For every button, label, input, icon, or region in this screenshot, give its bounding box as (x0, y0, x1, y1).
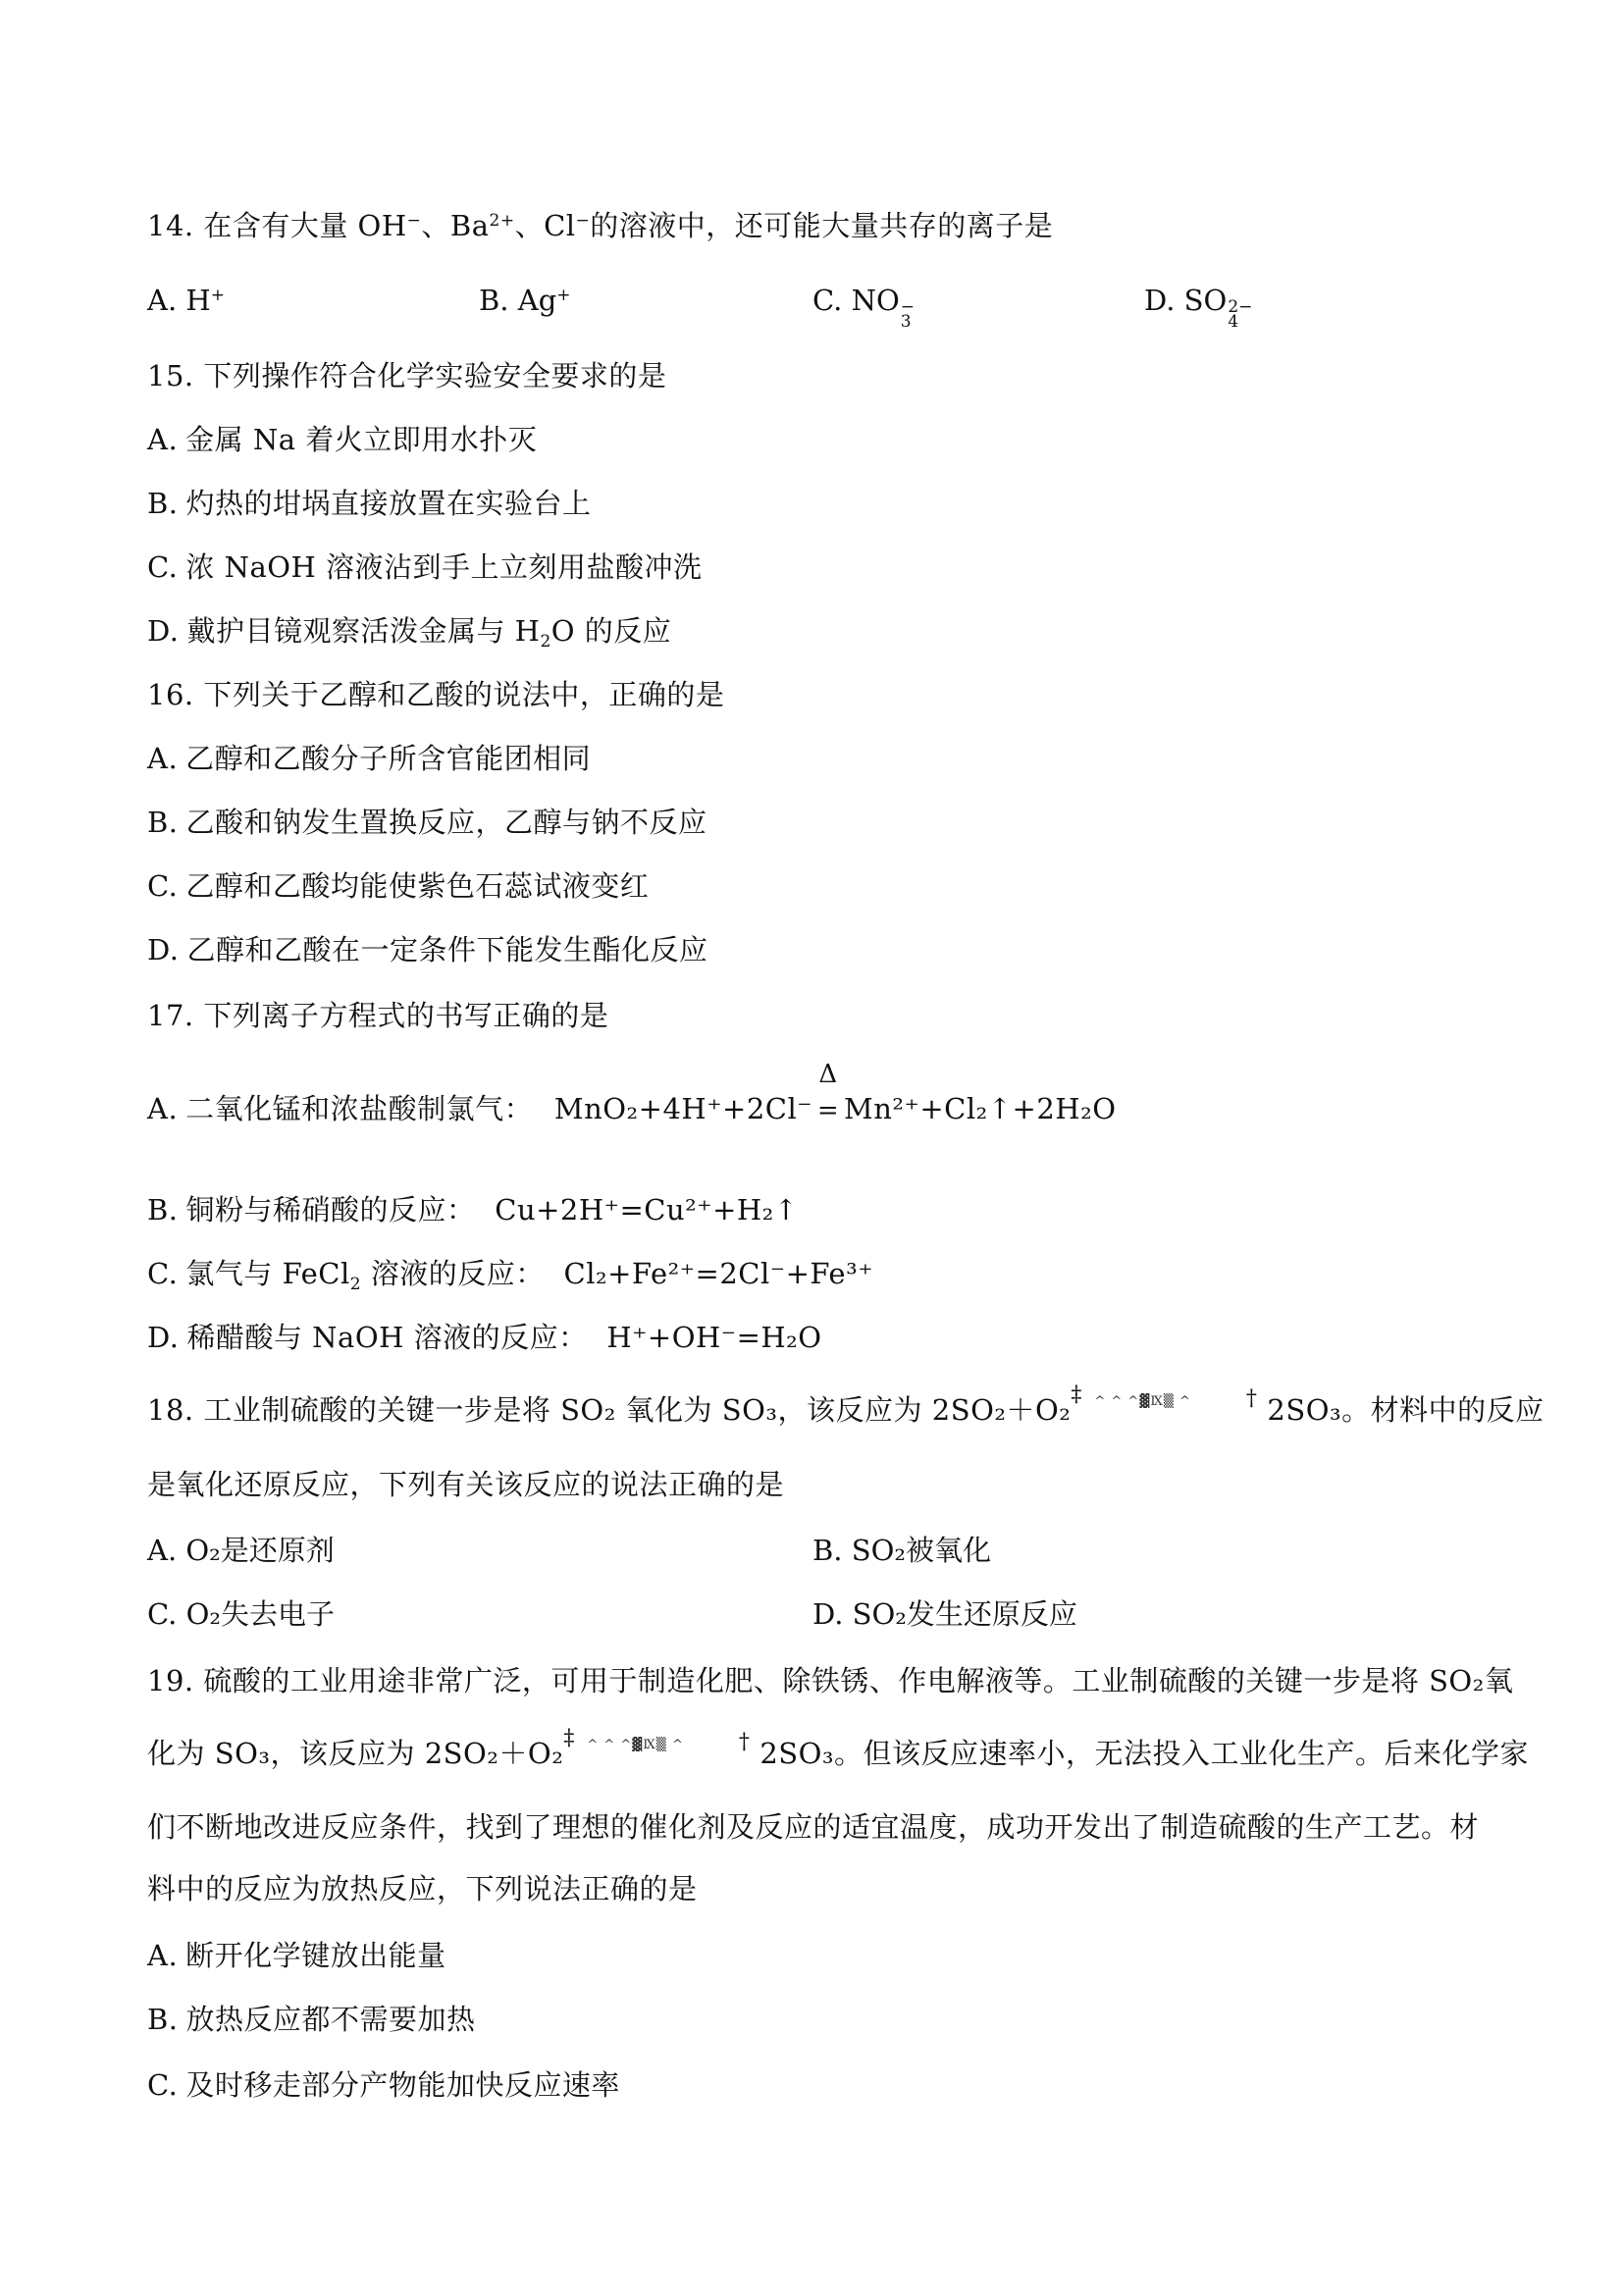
q17-stem: 17. 下列离子方程式的书写正确的是 (147, 996, 608, 1035)
heat-condition-equals: Δ= (814, 1089, 842, 1130)
delta-icon: Δ (814, 1062, 842, 1087)
q16-option-b[interactable]: B.乙酸和钠发生置换反应，乙醇与钠不反应 (147, 803, 707, 842)
q19-stem-line2: 化为 SO₃，该反应为 2SO₂＋O₂‡^ ^ ^▓Ⅸ▒ ^†2SO₃。但该反应… (147, 1734, 1529, 1773)
q14-option-d[interactable]: D. SO2−4 (1144, 281, 1252, 330)
q19-stem-line3: 们不断地改进反应条件，找到了理想的催化剂及反应的适宜温度，成功开发出了制造硫酸的… (147, 1807, 1479, 1847)
q18-option-c[interactable]: C. O₂失去电子 (147, 1594, 335, 1634)
q17-option-b[interactable]: B.铜粉与稀硝酸的反应： Cu+2H⁺=Cu²⁺+H₂↑ (147, 1190, 799, 1229)
q19-option-b[interactable]: B.放热反应都不需要加热 (147, 2000, 476, 2039)
q14-option-c[interactable]: C. NO−3 (812, 281, 915, 330)
question-number: 16. (147, 678, 194, 711)
q15-option-a[interactable]: A.金属 Na 着火立即用水扑灭 (147, 420, 537, 459)
question-number: 19. (147, 1664, 194, 1697)
equation: Cu+2H⁺=Cu²⁺+H₂↑ (495, 1193, 798, 1226)
q17-option-d[interactable]: D.稀醋酸与 NaOH 溶液的反应： H⁺+OH⁻=H₂O (147, 1318, 822, 1357)
question-number: 17. (147, 999, 194, 1032)
question-number: 14. (147, 209, 194, 242)
q18-stem-line1: 18. 工业制硫酸的关键一步是将 SO₂ 氧化为 SO₃，该反应为 2SO₂＋O… (147, 1390, 1544, 1430)
q15-option-b[interactable]: B.灼热的坩埚直接放置在实验台上 (147, 484, 592, 523)
q15-option-c[interactable]: C.浓 NaOH 溶液沾到手上立刻用盐酸冲洗 (147, 548, 703, 587)
q16-stem: 16. 下列关于乙醇和乙酸的说法中，正确的是 (147, 675, 724, 714)
q17-option-c[interactable]: C.氯气与 FeCl2 溶液的反应： Cl₂+Fe²⁺=2Cl⁻+Fe³⁺ (147, 1254, 873, 1293)
q19-stem-line4: 料中的反应为放热反应，下列说法正确的是 (147, 1869, 698, 1908)
q14-option-b[interactable]: B. Ag+ (479, 281, 571, 320)
question-number: 15. (147, 359, 194, 392)
q16-option-a[interactable]: A.乙醇和乙酸分子所含官能团相同 (147, 739, 591, 778)
q16-option-d[interactable]: D.乙醇和乙酸在一定条件下能发生酯化反应 (147, 930, 707, 969)
q15-stem: 15. 下列操作符合化学实验安全要求的是 (147, 356, 666, 395)
q18-option-b[interactable]: B. SO₂被氧化 (812, 1531, 991, 1570)
q19-option-c[interactable]: C.及时移走部分产物能加快反应速率 (147, 2065, 620, 2105)
q18-option-a[interactable]: A. O₂是还原剂 (147, 1531, 335, 1570)
reversible-arrow-icon: ‡^ ^ ^▓Ⅸ▒ ^† (1071, 1390, 1267, 1430)
q19-option-a[interactable]: A.断开化学键放出能量 (147, 1936, 446, 1975)
q18-stem-line2: 是氧化还原反应，下列有关该反应的说法正确的是 (147, 1465, 784, 1504)
q17-option-a[interactable]: A.二氧化锰和浓盐酸制氯气： MnO₂+4H⁺+2Cl⁻Δ=Mn²⁺+Cl₂↑+… (147, 1089, 1116, 1130)
equation: Cl₂+Fe²⁺=2Cl⁻+Fe³⁺ (564, 1257, 873, 1290)
q18-option-d[interactable]: D. SO₂发生还原反应 (812, 1594, 1077, 1634)
equation: MnO₂+4H⁺+2Cl⁻ (554, 1092, 812, 1125)
q19-stem-line1: 19. 硫酸的工业用途非常广泛，可用于制造化肥、除铁锈、作电解液等。工业制硫酸的… (147, 1661, 1513, 1700)
q16-option-c[interactable]: C.乙醇和乙酸均能使紫色石蕊试液变红 (147, 866, 649, 906)
q14-option-a[interactable]: A. H+ (147, 281, 225, 320)
question-number: 18. (147, 1393, 194, 1427)
reversible-arrow-icon: ‡^ ^ ^▓Ⅸ▒ ^† (563, 1734, 759, 1773)
q15-option-d[interactable]: D.戴护目镜观察活泼金属与 H2O 的反应 (147, 611, 671, 651)
equation: H⁺+OH⁻=H₂O (606, 1321, 821, 1354)
q14-stem: 14. 在含有大量 OH−、Ba2+、Cl−的溶液中，还可能大量共存的离子是 (147, 206, 1053, 245)
